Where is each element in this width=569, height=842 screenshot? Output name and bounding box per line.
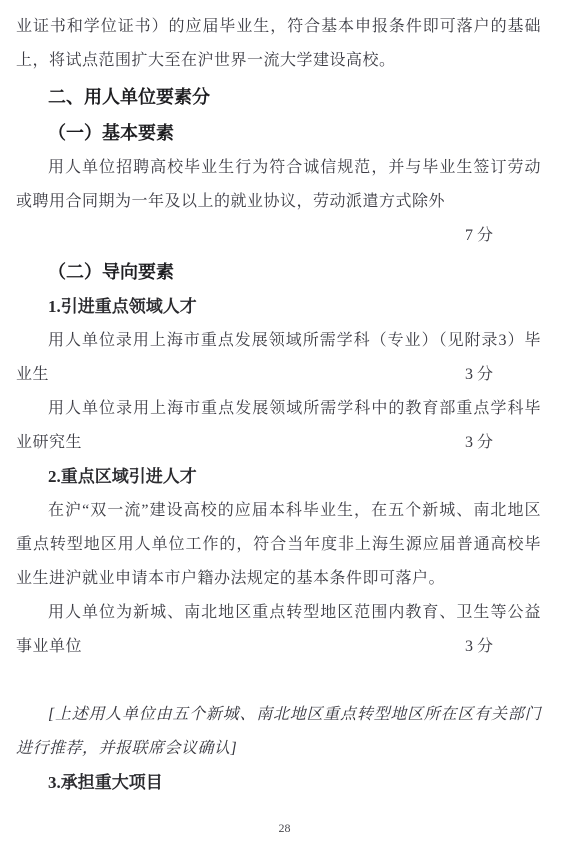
basic-element-score: 7 分: [16, 219, 541, 253]
scored-item-1-text: 用人单位录用上海市重点发展领域所需学科（专业）（见附录3）毕业生: [16, 324, 541, 392]
point-3-heading: 3.承担重大项目: [16, 766, 541, 800]
recommendation-note-paragraph: [上述用人单位由五个新城、南北地区重点转型地区所在区有关部门进行推荐，并报联席会…: [16, 698, 541, 766]
page-number: 28: [0, 822, 569, 834]
scored-item-1: 用人单位录用上海市重点发展领域所需学科（专业）（见附录3）毕业生 3 分: [16, 324, 541, 392]
point-2-heading: 2.重点区域引进人才: [16, 460, 541, 494]
basic-element-paragraph: 用人单位招聘高校毕业生行为符合诚信规范，并与毕业生签订劳动或聘用合同期为一年及以…: [16, 151, 541, 219]
scored-item-2-score: 3 分: [465, 426, 493, 460]
intro-continuation-paragraph: 业证书和学位证书）的应届毕业生，符合基本申报条件即可落户的基础上，将试点范围扩大…: [16, 10, 541, 78]
scored-item-2: 用人单位录用上海市重点发展领域所需学科中的教育部重点学科毕业研究生 3 分: [16, 392, 541, 460]
point-2-paragraph: 在沪“双一流”建设高校的应届本科毕业生，在五个新城、南北地区重点转型地区用人单位…: [16, 494, 541, 596]
scored-item-3-score: 3 分: [465, 630, 493, 664]
subsection-1-heading: （一）基本要素: [16, 116, 541, 150]
scored-item-2-text: 用人单位录用上海市重点发展领域所需学科中的教育部重点学科毕业研究生: [16, 392, 541, 460]
document-page: 业证书和学位证书）的应届毕业生，符合基本申报条件即可落户的基础上，将试点范围扩大…: [0, 0, 569, 842]
section-2-heading: 二、用人单位要素分: [16, 80, 541, 114]
document-content: 业证书和学位证书）的应届毕业生，符合基本申报条件即可落户的基础上，将试点范围扩大…: [0, 0, 569, 800]
blank-line: [16, 664, 541, 698]
scored-item-1-score: 3 分: [465, 358, 493, 392]
scored-item-3: 用人单位为新城、南北地区重点转型地区范围内教育、卫生等公益事业单位 3 分: [16, 596, 541, 664]
subsection-2-heading: （二）导向要素: [16, 255, 541, 289]
point-1-heading: 1.引进重点领域人才: [16, 290, 541, 324]
scored-item-3-text: 用人单位为新城、南北地区重点转型地区范围内教育、卫生等公益事业单位: [16, 596, 541, 664]
